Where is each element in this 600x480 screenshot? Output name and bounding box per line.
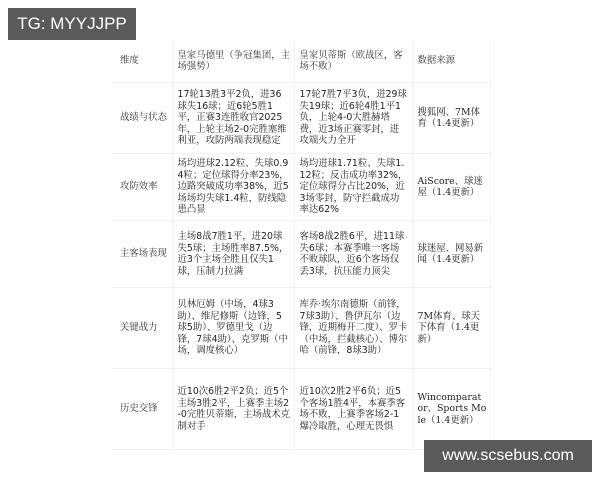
cell-dimension: 关键战力 xyxy=(112,288,172,369)
cell-real-madrid: 17轮13胜3平2负，进36球失16球；近6轮5胜1平，正赛3连胜收官2025年… xyxy=(172,83,294,154)
watermark-tg: TG: MYYJJPP xyxy=(8,8,136,40)
table-header-row: 维度 皇家马德里（争冠集团，主场强势） 皇家贝蒂斯（欧战区，客场不败） 数据来源 xyxy=(112,40,490,83)
cell-real-betis: 客场8战2胜6平，进11球失6球；本赛季唯一客场不败球队，近6个客场仅丢3球，抗… xyxy=(294,221,412,288)
cell-dimension: 攻防效率 xyxy=(112,154,172,221)
cell-source: Wincomparator、Sports Mole（1.4更新） xyxy=(412,369,490,450)
table-row: 攻防效率 场均进球2.12粒、失球0.94粒；定位球得分率23%，边路突破成功率… xyxy=(112,154,490,221)
cell-real-madrid: 贝林厄姆（中场，4球3助）、维尼修斯（边锋，5球5助）、罗德里戈（边锋，7球4助… xyxy=(172,288,294,369)
table-row: 主客场表现 主场8战7胜1平，进20球失5球；主场胜率87.5%，近3个主场全胜… xyxy=(112,221,490,288)
cell-source: 搜狐网、7M体育（1.4更新） xyxy=(412,83,490,154)
header-dimension: 维度 xyxy=(112,40,172,83)
cell-real-betis: 库乔·埃尔南德斯（前锋，7球3助）、鲁伊瓦尔（边锋，近期梅开二度）、罗卡（中场，… xyxy=(294,288,412,369)
cell-source: AiScore、球迷屋（1.4更新） xyxy=(412,154,490,221)
cell-source: 7M体育、球天下体育（1.4更新） xyxy=(412,288,490,369)
comparison-table-container: 维度 皇家马德里（争冠集团，主场强势） 皇家贝蒂斯（欧战区，客场不败） 数据来源… xyxy=(112,40,490,450)
header-source: 数据来源 xyxy=(412,40,490,83)
cell-source: 球迷屋、网易新闻（1.4更新） xyxy=(412,221,490,288)
cell-dimension: 主客场表现 xyxy=(112,221,172,288)
cell-real-madrid: 近10次6胜2平2负；近5个主场3胜2平，上赛季主场2-0完胜贝蒂斯，主场战术克… xyxy=(172,369,294,450)
cell-dimension: 战绩与状态 xyxy=(112,83,172,154)
table-row: 历史交锋 近10次6胜2平2负；近5个主场3胜2平，上赛季主场2-0完胜贝蒂斯，… xyxy=(112,369,490,450)
cell-real-madrid: 场均进球2.12粒、失球0.94粒；定位球得分率23%，边路突破成功率38%，近… xyxy=(172,154,294,221)
table-row: 关键战力 贝林厄姆（中场，4球3助）、维尼修斯（边锋，5球5助）、罗德里戈（边锋… xyxy=(112,288,490,369)
header-real-madrid: 皇家马德里（争冠集团，主场强势） xyxy=(172,40,294,83)
cell-real-betis: 17轮7胜7平3负，进29球失19球；近6轮4胜1平1负，上轮4-0大胜赫塔费，… xyxy=(294,83,412,154)
header-real-betis: 皇家贝蒂斯（欧战区，客场不败） xyxy=(294,40,412,83)
watermark-site: www.scsebus.com xyxy=(424,440,592,472)
cell-real-betis: 近10次2胜2平6负；近5个客场1胜4平，本赛季客场不败，上赛季客场2-1爆冷取… xyxy=(294,369,412,450)
cell-real-betis: 场均进球1.71粒、失球1.12粒；反击成功率32%，定位球得分占比20%，近3… xyxy=(294,154,412,221)
comparison-table: 维度 皇家马德里（争冠集团，主场强势） 皇家贝蒂斯（欧战区，客场不败） 数据来源… xyxy=(112,40,491,450)
cell-real-madrid: 主场8战7胜1平，进20球失5球；主场胜率87.5%，近3个主场全胜且仅失1球，… xyxy=(172,221,294,288)
cell-dimension: 历史交锋 xyxy=(112,369,172,450)
table-row: 战绩与状态 17轮13胜3平2负，进36球失16球；近6轮5胜1平，正赛3连胜收… xyxy=(112,83,490,154)
